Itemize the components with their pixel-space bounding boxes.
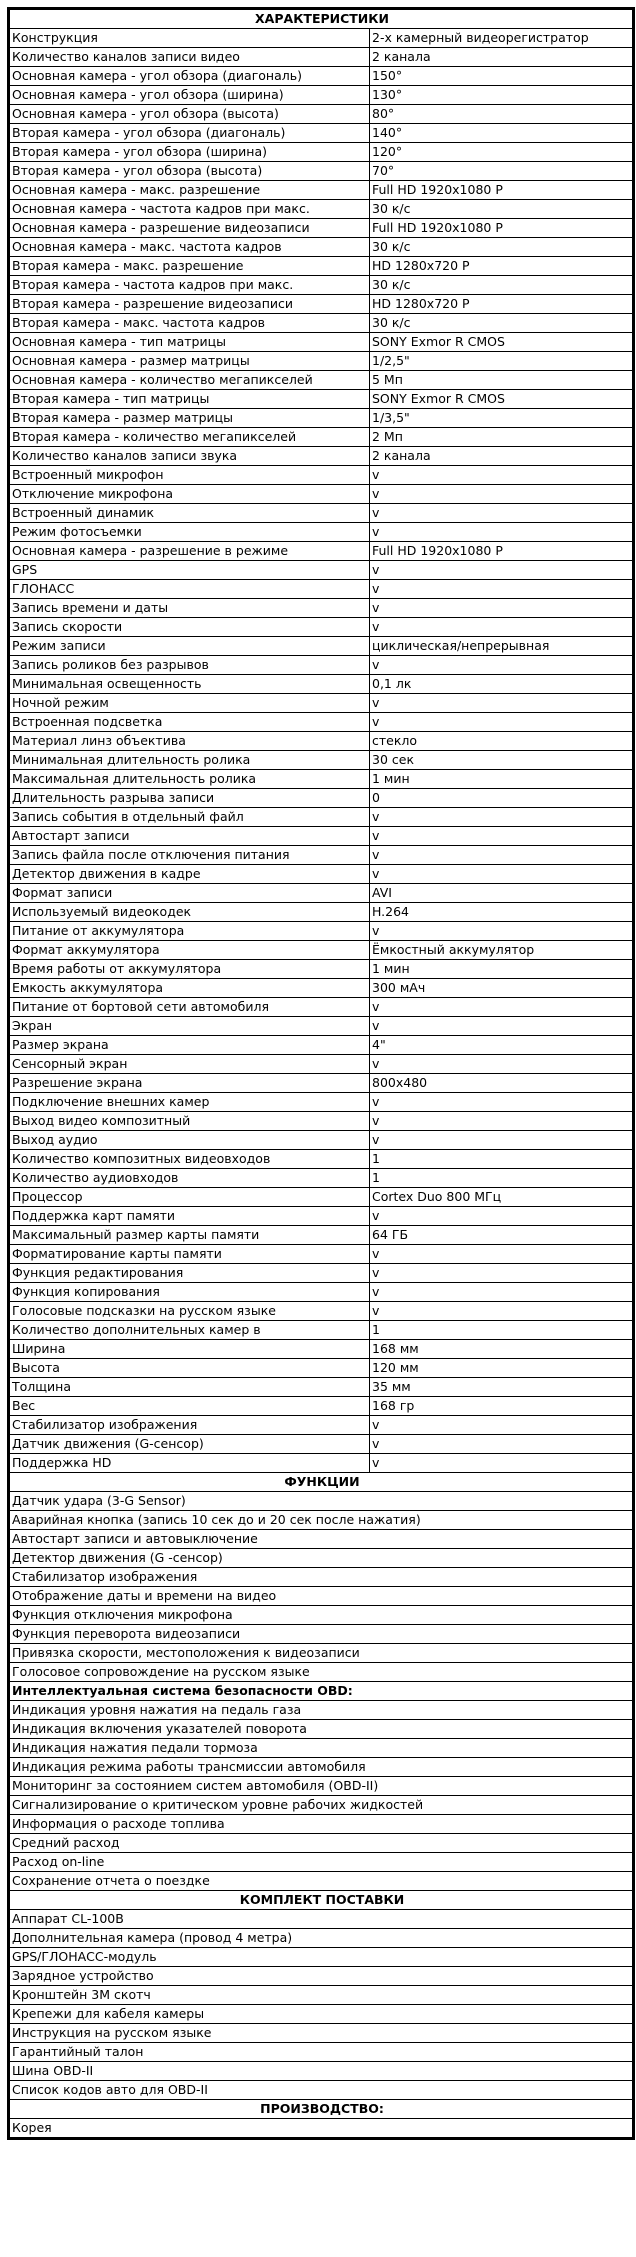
function-text: Функция отключения микрофона: [9, 1606, 634, 1625]
spec-label: Вторая камера - размер матрицы: [9, 409, 370, 428]
spec-row: Вторая камера - количество мегапикселей2…: [9, 428, 634, 447]
spec-label: Емкость аккумулятора: [9, 979, 370, 998]
spec-row: Запись роликов без разрывовv: [9, 656, 634, 675]
spec-label: Основная камера - макс. частота кадров: [9, 238, 370, 257]
spec-label: Сенсорный экран: [9, 1055, 370, 1074]
function-row: Расход on-line: [9, 1853, 634, 1872]
spec-value: v: [370, 656, 634, 675]
spec-label: Детектор движения в кадре: [9, 865, 370, 884]
spec-row: ПроцессорCortex Duo 800 МГц: [9, 1188, 634, 1207]
spec-label: GPS: [9, 561, 370, 580]
spec-row: Голосовые подсказки на русском языкеv: [9, 1302, 634, 1321]
spec-label: Максимальная длительность ролика: [9, 770, 370, 789]
spec-row: Форматирование карты памятиv: [9, 1245, 634, 1264]
spec-row: Поддержка HDv: [9, 1454, 634, 1473]
spec-row: Количество дополнительных камер в1: [9, 1321, 634, 1340]
function-text: Стабилизатор изображения: [9, 1568, 634, 1587]
spec-row: Основная камера - размер матрицы1/2,5": [9, 352, 634, 371]
spec-row: Основная камера - угол обзора (диагональ…: [9, 67, 634, 86]
spec-label: Основная камера - тип матрицы: [9, 333, 370, 352]
spec-label: Количество каналов записи видео: [9, 48, 370, 67]
spec-label: Основная камера - частота кадров при мак…: [9, 200, 370, 219]
spec-value: 1/2,5": [370, 352, 634, 371]
spec-value: v: [370, 1264, 634, 1283]
spec-row: Вторая камера - частота кадров при макс.…: [9, 276, 634, 295]
function-text: Интеллектуальная система безопасности OB…: [9, 1682, 634, 1701]
spec-value: 64 ГБ: [370, 1226, 634, 1245]
spec-value: 300 мАч: [370, 979, 634, 998]
function-row: Функция переворота видеозаписи: [9, 1625, 634, 1644]
spec-label: Формат аккумулятора: [9, 941, 370, 960]
spec-value: 168 мм: [370, 1340, 634, 1359]
function-text: Расход on-line: [9, 1853, 634, 1872]
spec-value: 30 к/с: [370, 314, 634, 333]
spec-value: v: [370, 485, 634, 504]
package-item-text: Шина OBD-II: [9, 2062, 634, 2081]
spec-label: Вторая камера - разрешение видеозаписи: [9, 295, 370, 314]
function-row: Индикация включения указателей поворота: [9, 1720, 634, 1739]
function-row: Автостарт записи и автовыключение: [9, 1530, 634, 1549]
function-row: Индикация нажатия педали тормоза: [9, 1739, 634, 1758]
spec-label: Максимальный размер карты памяти: [9, 1226, 370, 1245]
package-item-text: Инструкция на русском языке: [9, 2024, 634, 2043]
spec-label: Режим фотосъемки: [9, 523, 370, 542]
spec-label: Основная камера - размер матрицы: [9, 352, 370, 371]
package-section-header: КОМПЛЕКТ ПОСТАВКИ: [9, 1891, 634, 1910]
spec-label: Вторая камера - макс. частота кадров: [9, 314, 370, 333]
spec-row: Питание от аккумулятораv: [9, 922, 634, 941]
spec-value: 1 мин: [370, 770, 634, 789]
package-item-row: Список кодов авто для OBD-II: [9, 2081, 634, 2100]
package-item-text: Список кодов авто для OBD-II: [9, 2081, 634, 2100]
function-row: Сохранение отчета о поездке: [9, 1872, 634, 1891]
spec-value: v: [370, 1131, 634, 1150]
function-text: Детектор движения (G -сенсор): [9, 1549, 634, 1568]
spec-label: Функция копирования: [9, 1283, 370, 1302]
spec-row: Основная камера - разрешение в режимеFul…: [9, 542, 634, 561]
spec-value: v: [370, 713, 634, 732]
package-item-row: GPS/ГЛОНАСС-модуль: [9, 1948, 634, 1967]
package-item-row: Аппарат CL-100B: [9, 1910, 634, 1929]
spec-label: Минимальная освещенность: [9, 675, 370, 694]
function-text: Голосовое сопровождение на русском языке: [9, 1663, 634, 1682]
spec-row: Основная камера - макс. частота кадров30…: [9, 238, 634, 257]
spec-value: 800x480: [370, 1074, 634, 1093]
spec-row: Основная камера - угол обзора (высота)80…: [9, 105, 634, 124]
spec-label: Экран: [9, 1017, 370, 1036]
spec-label: Запись файла после отключения питания: [9, 846, 370, 865]
spec-label: Вторая камера - угол обзора (ширина): [9, 143, 370, 162]
production-text: Корея: [9, 2119, 634, 2139]
spec-row: Запись события в отдельный файлv: [9, 808, 634, 827]
spec-value: 140°: [370, 124, 634, 143]
spec-row: Основная камера - тип матрицыSONY Exmor …: [9, 333, 634, 352]
spec-value: Full HD 1920x1080 P: [370, 181, 634, 200]
spec-value: v: [370, 1245, 634, 1264]
spec-label: Запись события в отдельный файл: [9, 808, 370, 827]
spec-row: Максимальная длительность ролика1 мин: [9, 770, 634, 789]
spec-value: v: [370, 504, 634, 523]
function-row: Информация о расходе топлива: [9, 1815, 634, 1834]
spec-label: Высота: [9, 1359, 370, 1378]
spec-row: Функция редактированияv: [9, 1264, 634, 1283]
function-text: Отображение даты и времени на видео: [9, 1587, 634, 1606]
spec-row: Вторая камера - угол обзора (ширина)120°: [9, 143, 634, 162]
spec-row: Вторая камера - макс. разрешениеHD 1280x…: [9, 257, 634, 276]
spec-value: AVI: [370, 884, 634, 903]
spec-label: Основная камера - угол обзора (ширина): [9, 86, 370, 105]
spec-value: v: [370, 694, 634, 713]
spec-label: Вторая камера - угол обзора (высота): [9, 162, 370, 181]
spec-row: Основная камера - угол обзора (ширина)13…: [9, 86, 634, 105]
spec-value: Full HD 1920x1080 P: [370, 542, 634, 561]
function-row: Сигнализирование о критическом уровне ра…: [9, 1796, 634, 1815]
spec-row: Стабилизатор изображенияv: [9, 1416, 634, 1435]
spec-row: Емкость аккумулятора300 мАч: [9, 979, 634, 998]
spec-row: Количество каналов записи звука2 канала: [9, 447, 634, 466]
package-item-row: Крепежи для кабеля камеры: [9, 2005, 634, 2024]
spec-label: Ночной режим: [9, 694, 370, 713]
spec-value: v: [370, 1017, 634, 1036]
spec-label: Датчик движения (G-сенсор): [9, 1435, 370, 1454]
spec-label: Используемый видеокодек: [9, 903, 370, 922]
spec-value: v: [370, 1283, 634, 1302]
function-row: Индикация режима работы трансмиссии авто…: [9, 1758, 634, 1777]
spec-value: 1: [370, 1169, 634, 1188]
package-item-text: Крепежи для кабеля камеры: [9, 2005, 634, 2024]
spec-value: 2 Мп: [370, 428, 634, 447]
spec-label: Основная камера - угол обзора (диагональ…: [9, 67, 370, 86]
spec-row: Толщина35 мм: [9, 1378, 634, 1397]
spec-value: v: [370, 922, 634, 941]
spec-row: Автостарт записиv: [9, 827, 634, 846]
spec-label: Вторая камера - частота кадров при макс.: [9, 276, 370, 295]
spec-label: Форматирование карты памяти: [9, 1245, 370, 1264]
spec-row: Вторая камера - угол обзора (диагональ)1…: [9, 124, 634, 143]
spec-row: Режим записициклическая/непрерывная: [9, 637, 634, 656]
spec-value: 1/3,5": [370, 409, 634, 428]
package-item-text: Гарантийный талон: [9, 2043, 634, 2062]
spec-value: v: [370, 1055, 634, 1074]
function-row: Индикация уровня нажатия на педаль газа: [9, 1701, 634, 1720]
spec-row: Встроенный динамикv: [9, 504, 634, 523]
spec-label: Запись роликов без разрывов: [9, 656, 370, 675]
spec-value: v: [370, 599, 634, 618]
function-row: Привязка скорости, местоположения к виде…: [9, 1644, 634, 1663]
package-item-row: Дополнительная камера (провод 4 метра): [9, 1929, 634, 1948]
spec-row: Формат аккумулятораЁмкостный аккумулятор: [9, 941, 634, 960]
spec-row: Выход видео композитныйv: [9, 1112, 634, 1131]
spec-label: Основная камера - разрешение видеозаписи: [9, 219, 370, 238]
spec-value: SONY Exmor R CMOS: [370, 390, 634, 409]
spec-label: Длительность разрыва записи: [9, 789, 370, 808]
spec-value: v: [370, 1454, 634, 1473]
spec-row: Функция копированияv: [9, 1283, 634, 1302]
spec-value: v: [370, 865, 634, 884]
spec-value: H.264: [370, 903, 634, 922]
spec-label: Автостарт записи: [9, 827, 370, 846]
spec-label: Выход аудио: [9, 1131, 370, 1150]
spec-value: v: [370, 1435, 634, 1454]
spec-row: Ширина168 мм: [9, 1340, 634, 1359]
function-text: Автостарт записи и автовыключение: [9, 1530, 634, 1549]
function-row: Функция отключения микрофона: [9, 1606, 634, 1625]
spec-value: v: [370, 618, 634, 637]
spec-row: Запись времени и датыv: [9, 599, 634, 618]
spec-label: Поддержка карт памяти: [9, 1207, 370, 1226]
spec-value: v: [370, 523, 634, 542]
spec-value: v: [370, 846, 634, 865]
spec-row: Отключение микрофонаv: [9, 485, 634, 504]
spec-value: 120°: [370, 143, 634, 162]
function-text: Индикация нажатия педали тормоза: [9, 1739, 634, 1758]
spec-value: v: [370, 1207, 634, 1226]
spec-label: ГЛОНАСС: [9, 580, 370, 599]
spec-row: Основная камера - макс. разрешениеFull H…: [9, 181, 634, 200]
spec-value: 30 к/с: [370, 238, 634, 257]
spec-value: v: [370, 808, 634, 827]
spec-value: 150°: [370, 67, 634, 86]
production-section-header: ПРОИЗВОДСТВО:: [9, 2100, 634, 2119]
spec-table: ХАРАКТЕРИСТИКИКонструкция2-х камерный ви…: [7, 7, 635, 2140]
spec-value: 120 мм: [370, 1359, 634, 1378]
spec-value: 70°: [370, 162, 634, 181]
spec-label: Встроенный микрофон: [9, 466, 370, 485]
package-item-row: Шина OBD-II: [9, 2062, 634, 2081]
spec-row: Основная камера - частота кадров при мак…: [9, 200, 634, 219]
spec-row: Длительность разрыва записи0: [9, 789, 634, 808]
spec-row: Используемый видеокодекH.264: [9, 903, 634, 922]
spec-value: v: [370, 580, 634, 599]
function-text: Средний расход: [9, 1834, 634, 1853]
functions-section-header: ФУНКЦИИ: [9, 1473, 634, 1492]
spec-label: Вторая камера - тип матрицы: [9, 390, 370, 409]
spec-value: 0,1 лк: [370, 675, 634, 694]
spec-value: 1: [370, 1321, 634, 1340]
spec-value: 80°: [370, 105, 634, 124]
spec-value: 2-х камерный видеорегистратор: [370, 29, 634, 48]
spec-value: v: [370, 1093, 634, 1112]
production-section-title: ПРОИЗВОДСТВО:: [9, 2100, 634, 2119]
spec-value: HD 1280x720 P: [370, 295, 634, 314]
spec-value: v: [370, 466, 634, 485]
function-row: Отображение даты и времени на видео: [9, 1587, 634, 1606]
spec-row: Количество аудиовходов1: [9, 1169, 634, 1188]
spec-label: Запись скорости: [9, 618, 370, 637]
spec-row: Вторая камера - размер матрицы1/3,5": [9, 409, 634, 428]
spec-label: Питание от аккумулятора: [9, 922, 370, 941]
spec-value: 130°: [370, 86, 634, 105]
spec-label: Формат записи: [9, 884, 370, 903]
spec-row: Запись файла после отключения питанияv: [9, 846, 634, 865]
spec-label: Основная камера - угол обзора (высота): [9, 105, 370, 124]
spec-label: Процессор: [9, 1188, 370, 1207]
spec-row: Минимальная длительность ролика30 сек: [9, 751, 634, 770]
spec-label: Конструкция: [9, 29, 370, 48]
spec-label: Вторая камера - угол обзора (диагональ): [9, 124, 370, 143]
spec-label: Толщина: [9, 1378, 370, 1397]
function-text: Аварийная кнопка (запись 10 сек до и 20 …: [9, 1511, 634, 1530]
function-text: Датчик удара (3-G Sensor): [9, 1492, 634, 1511]
spec-label: Минимальная длительность ролика: [9, 751, 370, 770]
spec-value: Cortex Duo 800 МГц: [370, 1188, 634, 1207]
spec-label: Основная камера - макс. разрешение: [9, 181, 370, 200]
spec-row: Минимальная освещенность0,1 лк: [9, 675, 634, 694]
spec-label: Выход видео композитный: [9, 1112, 370, 1131]
spec-row: Основная камера - количество мегапикселе…: [9, 371, 634, 390]
function-text: Сигнализирование о критическом уровне ра…: [9, 1796, 634, 1815]
specs-section-header: ХАРАКТЕРИСТИКИ: [9, 9, 634, 29]
spec-row: Количество композитных видеовходов1: [9, 1150, 634, 1169]
function-text: Мониторинг за состоянием систем автомоби…: [9, 1777, 634, 1796]
spec-row: GPSv: [9, 561, 634, 580]
package-item-row: Зарядное устройство: [9, 1967, 634, 1986]
function-text: Индикация включения указателей поворота: [9, 1720, 634, 1739]
spec-table-body: ХАРАКТЕРИСТИКИКонструкция2-х камерный ви…: [9, 9, 634, 2139]
spec-row: Датчик движения (G-сенсор)v: [9, 1435, 634, 1454]
spec-label: Количество дополнительных камер в: [9, 1321, 370, 1340]
spec-value: 30 к/с: [370, 200, 634, 219]
spec-row: Детектор движения в кадреv: [9, 865, 634, 884]
specs-section-title: ХАРАКТЕРИСТИКИ: [9, 9, 634, 29]
spec-value: SONY Exmor R CMOS: [370, 333, 634, 352]
spec-row: Режим фотосъемкиv: [9, 523, 634, 542]
package-item-row: Гарантийный талон: [9, 2043, 634, 2062]
spec-label: Количество аудиовходов: [9, 1169, 370, 1188]
package-item-row: Инструкция на русском языке: [9, 2024, 634, 2043]
spec-row: Встроенная подсветкаv: [9, 713, 634, 732]
spec-row: Питание от бортовой сети автомобиляv: [9, 998, 634, 1017]
function-text: Сохранение отчета о поездке: [9, 1872, 634, 1891]
spec-label: Режим записи: [9, 637, 370, 656]
spec-row: Время работы от аккумулятора1 мин: [9, 960, 634, 979]
function-row: Средний расход: [9, 1834, 634, 1853]
spec-row: Формат записиAVI: [9, 884, 634, 903]
spec-row: Сенсорный экранv: [9, 1055, 634, 1074]
spec-value: 0: [370, 789, 634, 808]
spec-label: Запись времени и даты: [9, 599, 370, 618]
spec-value: 2 канала: [370, 48, 634, 67]
spec-value: v: [370, 561, 634, 580]
package-item-text: Зарядное устройство: [9, 1967, 634, 1986]
spec-label: Время работы от аккумулятора: [9, 960, 370, 979]
spec-row: Вторая камера - макс. частота кадров30 к…: [9, 314, 634, 333]
spec-label: Голосовые подсказки на русском языке: [9, 1302, 370, 1321]
spec-value: v: [370, 827, 634, 846]
spec-value: 35 мм: [370, 1378, 634, 1397]
package-item-text: Аппарат CL-100B: [9, 1910, 634, 1929]
spec-value: 4": [370, 1036, 634, 1055]
spec-label: Поддержка HD: [9, 1454, 370, 1473]
spec-value: v: [370, 998, 634, 1017]
spec-row: Конструкция2-х камерный видеорегистратор: [9, 29, 634, 48]
function-text: Индикация режима работы трансмиссии авто…: [9, 1758, 634, 1777]
spec-value: HD 1280x720 P: [370, 257, 634, 276]
spec-value: Ёмкостный аккумулятор: [370, 941, 634, 960]
function-row: Интеллектуальная система безопасности OB…: [9, 1682, 634, 1701]
spec-value: 5 Мп: [370, 371, 634, 390]
spec-row: Основная камера - разрешение видеозаписи…: [9, 219, 634, 238]
function-row: Аварийная кнопка (запись 10 сек до и 20 …: [9, 1511, 634, 1530]
package-item-text: Кронштейн 3M скотч: [9, 1986, 634, 2005]
spec-row: Запись скоростиv: [9, 618, 634, 637]
spec-value: циклическая/непрерывная: [370, 637, 634, 656]
package-item-text: Дополнительная камера (провод 4 метра): [9, 1929, 634, 1948]
spec-label: Отключение микрофона: [9, 485, 370, 504]
function-text: Привязка скорости, местоположения к виде…: [9, 1644, 634, 1663]
spec-row: Ночной режимv: [9, 694, 634, 713]
spec-label: Вторая камера - количество мегапикселей: [9, 428, 370, 447]
spec-label: Размер экрана: [9, 1036, 370, 1055]
spec-row: Подключение внешних камерv: [9, 1093, 634, 1112]
spec-row: Максимальный размер карты памяти64 ГБ: [9, 1226, 634, 1245]
function-text: Информация о расходе топлива: [9, 1815, 634, 1834]
function-row: Стабилизатор изображения: [9, 1568, 634, 1587]
spec-row: Вторая камера - тип матрицыSONY Exmor R …: [9, 390, 634, 409]
spec-label: Функция редактирования: [9, 1264, 370, 1283]
spec-row: Вес168 гр: [9, 1397, 634, 1416]
spec-value: стекло: [370, 732, 634, 751]
spec-value: Full HD 1920x1080 P: [370, 219, 634, 238]
function-row: Голосовое сопровождение на русском языке: [9, 1663, 634, 1682]
package-item-text: GPS/ГЛОНАСС-модуль: [9, 1948, 634, 1967]
spec-label: Подключение внешних камер: [9, 1093, 370, 1112]
function-row: Датчик удара (3-G Sensor): [9, 1492, 634, 1511]
spec-value: 30 к/с: [370, 276, 634, 295]
spec-row: Размер экрана4": [9, 1036, 634, 1055]
spec-label: Основная камера - количество мегапикселе…: [9, 371, 370, 390]
functions-section-title: ФУНКЦИИ: [9, 1473, 634, 1492]
spec-label: Количество каналов записи звука: [9, 447, 370, 466]
spec-label: Количество композитных видеовходов: [9, 1150, 370, 1169]
function-row: Мониторинг за состоянием систем автомоби…: [9, 1777, 634, 1796]
spec-value: v: [370, 1416, 634, 1435]
spec-row: Выход аудиоv: [9, 1131, 634, 1150]
spec-value: 2 канала: [370, 447, 634, 466]
spec-row: Разрешение экрана800x480: [9, 1074, 634, 1093]
production-row: Корея: [9, 2119, 634, 2139]
spec-label: Стабилизатор изображения: [9, 1416, 370, 1435]
function-text: Функция переворота видеозаписи: [9, 1625, 634, 1644]
spec-value: v: [370, 1112, 634, 1131]
spec-label: Вторая камера - макс. разрешение: [9, 257, 370, 276]
spec-value: 1 мин: [370, 960, 634, 979]
spec-value: v: [370, 1302, 634, 1321]
spec-row: Материал линз объективастекло: [9, 732, 634, 751]
spec-label: Материал линз объектива: [9, 732, 370, 751]
spec-value: 30 сек: [370, 751, 634, 770]
spec-row: ГЛОНАССv: [9, 580, 634, 599]
function-row: Детектор движения (G -сенсор): [9, 1549, 634, 1568]
spec-label: Разрешение экрана: [9, 1074, 370, 1093]
spec-label: Питание от бортовой сети автомобиля: [9, 998, 370, 1017]
function-text: Индикация уровня нажатия на педаль газа: [9, 1701, 634, 1720]
spec-row: Высота120 мм: [9, 1359, 634, 1378]
spec-row: Вторая камера - разрешение видеозаписиHD…: [9, 295, 634, 314]
spec-row: Вторая камера - угол обзора (высота)70°: [9, 162, 634, 181]
spec-label: Встроенный динамик: [9, 504, 370, 523]
spec-label: Основная камера - разрешение в режиме: [9, 542, 370, 561]
spec-label: Вес: [9, 1397, 370, 1416]
package-item-row: Кронштейн 3M скотч: [9, 1986, 634, 2005]
package-section-title: КОМПЛЕКТ ПОСТАВКИ: [9, 1891, 634, 1910]
spec-row: Количество каналов записи видео2 канала: [9, 48, 634, 67]
spec-label: Ширина: [9, 1340, 370, 1359]
spec-label: Встроенная подсветка: [9, 713, 370, 732]
spec-row: Поддержка карт памятиv: [9, 1207, 634, 1226]
spec-value: 168 гр: [370, 1397, 634, 1416]
spec-row: Встроенный микрофонv: [9, 466, 634, 485]
